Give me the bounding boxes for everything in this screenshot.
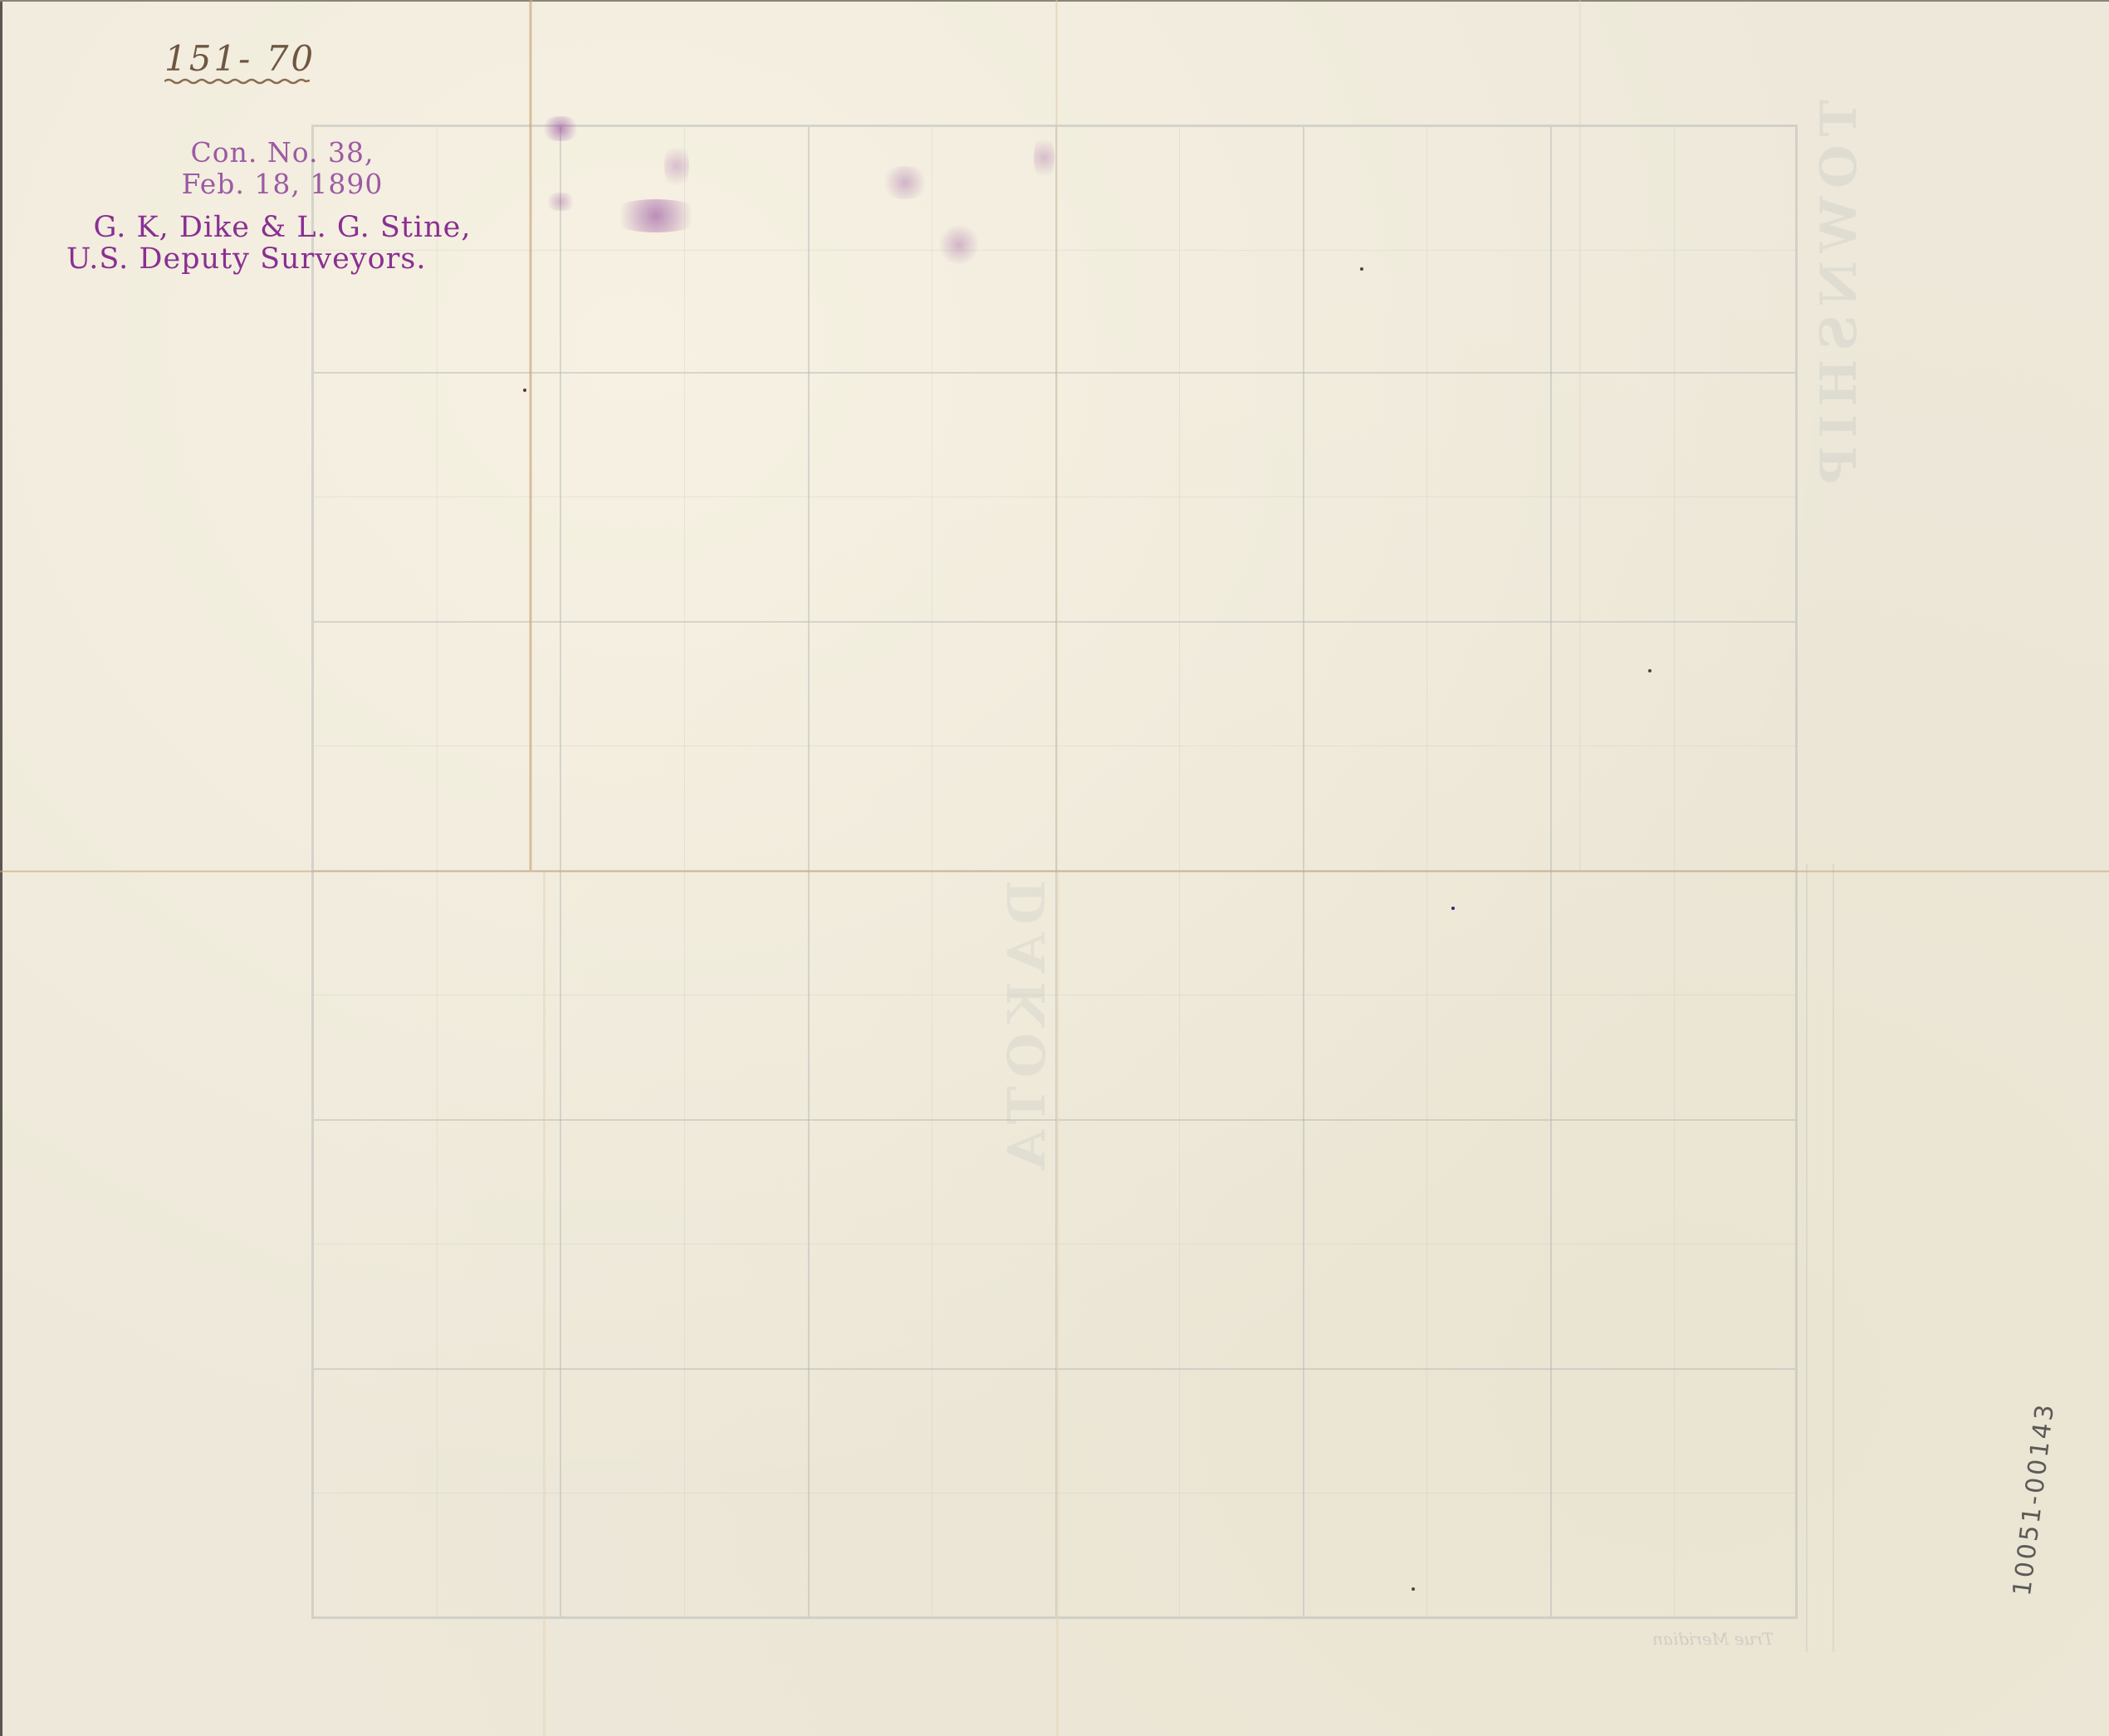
ink-offset [540,116,581,141]
wavy-underline-icon [164,78,310,85]
scan-left-edge [0,0,2,1736]
document-sheet: True Meridian TOWNSHIP DAKOTA 151- 70 Co… [0,0,2109,1736]
quarter-line [314,250,1795,251]
ink-offset [880,166,930,199]
contract-number: Con. No. 38, [50,137,515,169]
grid-line [314,372,1795,374]
quarter-line [314,1493,1795,1494]
grid-line [314,621,1795,623]
grid-line [314,1368,1795,1370]
show-through-title-ghost: DAKOTA [996,880,1057,1178]
horizontal-fold-line [0,870,2109,873]
paper-speck [1412,1587,1415,1591]
paper-speck [1648,669,1651,672]
ink-offset [1034,133,1054,183]
paper-speck [1451,907,1455,910]
ink-offset [938,224,980,266]
show-through-outer-frame [1806,863,1834,1652]
surveyor-title: U.S. Deputy Surveyors. [50,243,515,275]
surveyor-stamp: Con. No. 38, Feb. 18, 1890 G. K, Dike & … [50,137,515,275]
ink-offset [544,193,577,211]
catalog-number: 10051-00143 [2008,1401,2060,1597]
ink-offset [606,199,706,232]
paper-speck [523,389,526,392]
show-through-meridian-label: True Meridian [1652,1629,1774,1649]
ink-offset [664,141,689,191]
vertical-fold-line [1055,0,1058,870]
scan-top-edge [0,0,2109,2]
vertical-fold-line [543,873,546,1736]
vertical-fold-line [1579,0,1581,870]
vertical-fold-line [529,0,532,870]
quarter-line [314,1244,1795,1245]
contract-date: Feb. 18, 1890 [50,169,515,200]
paper-speck [1360,267,1363,271]
vertical-fold-line [1056,873,1059,1736]
file-number: 151- 70 [164,38,316,79]
quarter-line [314,746,1795,746]
surveyor-names: G. K, Dike & L. G. Stine, [50,212,515,243]
quarter-line [314,496,1795,497]
show-through-title-ghost: TOWNSHIP [1810,100,1868,491]
